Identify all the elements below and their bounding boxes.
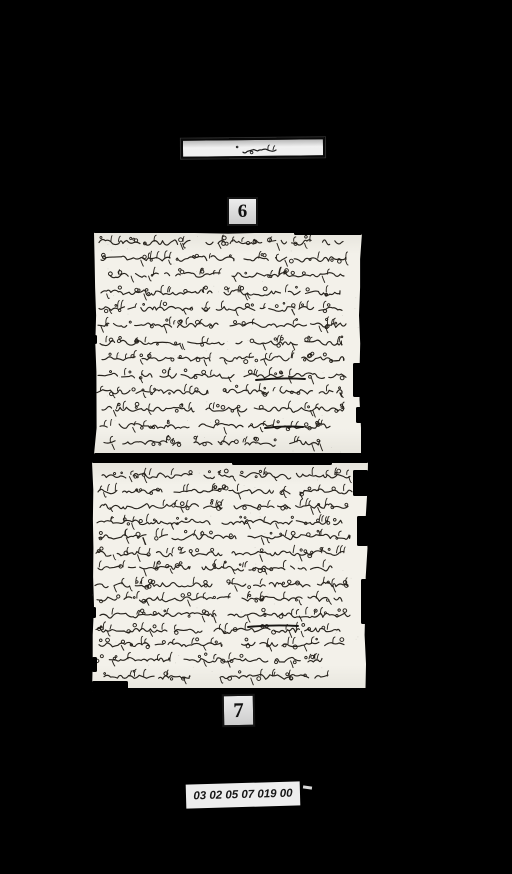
page-number-7-label: 7 bbox=[233, 698, 244, 723]
film-code-label: 03 02 05 07 019 00 bbox=[186, 781, 301, 808]
manuscript-page-7 bbox=[92, 461, 368, 693]
manuscript-page-6 bbox=[94, 231, 362, 456]
film-edge-mark bbox=[303, 785, 312, 789]
page-number-6-label: 6 bbox=[238, 201, 248, 223]
page-number-box-7: 7 bbox=[222, 694, 256, 728]
header-inscription-handwriting bbox=[183, 139, 323, 156]
microfilm-frame: 6 7 03 02 05 07 019 00 bbox=[0, 0, 512, 874]
header-label-strip bbox=[181, 137, 325, 159]
film-code-text: 03 02 05 07 019 00 bbox=[193, 788, 292, 803]
page-number-box-6: 6 bbox=[227, 197, 258, 226]
